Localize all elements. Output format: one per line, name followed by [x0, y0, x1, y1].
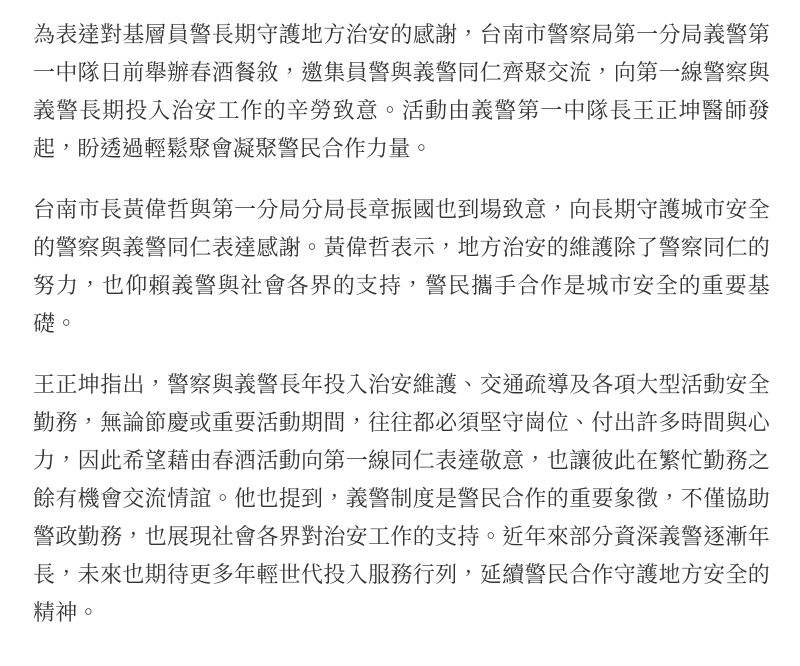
article-paragraph-3: 王正坤指出，警察與義警長年投入治安維護、交通疏導及各項大型活動安全勤務，無論節慶…	[33, 366, 770, 632]
article-paragraph-2: 台南市長黃偉哲與第一分局分局長章振國也到場致意，向長期守護城市安全的警察與義警同…	[33, 191, 770, 343]
article-paragraph-1: 為表達對基層員警長期守護地方治安的感謝，台南市警察局第一分局義警第一中隊日前舉辦…	[33, 16, 770, 168]
article-body: 為表達對基層員警長期守護地方治安的感謝，台南市警察局第一分局義警第一中隊日前舉辦…	[0, 0, 800, 632]
